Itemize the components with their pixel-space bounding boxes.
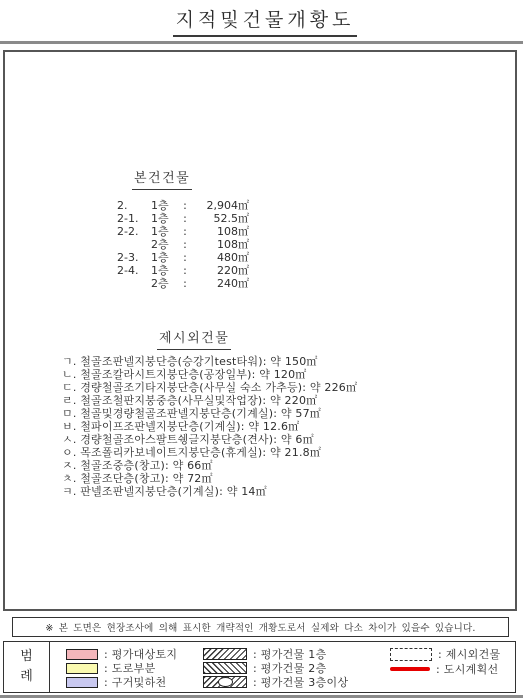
list-item: ㄱ. 철골조판넬지붕단층(승강기test타워): 약 150㎡ xyxy=(62,355,357,368)
row-floor: 1층 xyxy=(151,199,177,212)
list-item: ㄷ. 경량철골조기타지붕단층(사무실 숙소 가추등): 약 226㎡ xyxy=(62,381,357,394)
floor3plus-hatch-swatch xyxy=(203,676,247,688)
map-area: 본건건물 2. 1층 : 2,904㎡ 2-1. 1층 : 52.5㎡ xyxy=(3,50,517,611)
row-area: 2,904㎡ xyxy=(193,199,249,212)
legend-item-extra-building: : 제시외건물 xyxy=(390,648,500,660)
table-row: 2-4. 1층 : 220㎡ xyxy=(117,264,249,277)
row-area: 52.5㎡ xyxy=(193,212,249,225)
table-row: 2층 : 240㎡ xyxy=(117,277,249,290)
legend-item-road: : 도로부분 xyxy=(66,662,156,674)
row-area: 480㎡ xyxy=(193,251,249,264)
row-area: 220㎡ xyxy=(193,264,249,277)
list-item: ㄴ. 철골조칼라시트지붕단층(공장일부): 약 120㎡ xyxy=(62,368,357,381)
extra-building-heading: 제시외건물 xyxy=(157,327,231,350)
extra-building-list: ㄱ. 철골조판넬지붕단층(승강기test타워): 약 150㎡ ㄴ. 철골조칼라… xyxy=(62,355,357,498)
row-number xyxy=(117,277,151,290)
list-item: ㅇ. 목조폴리카보네이트지붕단층(휴게실): 약 21.8㎡ xyxy=(62,446,357,459)
note-text: ※ 본 도면은 현장조사에 의해 표시한 개략적인 개황도로서 실제와 다소 차… xyxy=(45,620,475,634)
legend-item-target-land: : 평가대상토지 xyxy=(66,648,177,660)
row-floor: 2층 xyxy=(151,238,177,251)
row-number xyxy=(117,238,151,251)
list-item: ㅊ. 철골조단층(창고): 약 72㎡ xyxy=(62,472,357,485)
legend-item-floor1: : 평가건물 1층 xyxy=(203,648,327,660)
legend-item-waterway: : 구거및하천 xyxy=(66,676,166,688)
row-number: 2-2. xyxy=(117,225,151,238)
bottom-divider xyxy=(0,695,523,698)
row-floor: 1층 xyxy=(151,251,177,264)
list-item: ㅂ. 철파이프조판넬지붕단층(기계실): 약 12.6㎡ xyxy=(62,420,357,433)
list-item: ㅋ. 판넬조판넬지붕단층(기계실): 약 14㎡ xyxy=(62,485,357,498)
row-area: 108㎡ xyxy=(193,225,249,238)
row-floor: 2층 xyxy=(151,277,177,290)
row-number: 2-4. xyxy=(117,264,151,277)
legend-item-floor3plus: : 평가건물 3층이상 xyxy=(203,676,348,688)
row-separator: : xyxy=(177,251,193,264)
row-number: 2. xyxy=(117,199,151,212)
table-row: 2-3. 1층 : 480㎡ xyxy=(117,251,249,264)
row-separator: : xyxy=(177,277,193,290)
table-row: 2-1. 1층 : 52.5㎡ xyxy=(117,212,249,225)
legend-label: : 제시외건물 xyxy=(438,646,500,662)
page-title: 지적및건물개황도 xyxy=(173,5,358,37)
row-floor: 1층 xyxy=(151,225,177,238)
page-title-row: 지적및건물개황도 xyxy=(0,5,530,37)
list-item: ㅈ. 철골조중층(창고): 약 66㎡ xyxy=(62,459,357,472)
legend-label: : 평가건물 3층이상 xyxy=(253,674,348,690)
cadastral-building-overview-document: 지적및건물개황도 본건건물 2. 1층 : 2,904㎡ 2-1. 1층 : 5… xyxy=(0,0,530,700)
legend: 범례 : 평가대상토지 : 도로부분 : 구거및하천 : 평가건물 1층 : 평… xyxy=(3,641,516,693)
table-row: 2-2. 1층 : 108㎡ xyxy=(117,225,249,238)
legend-label: : 도시계획선 xyxy=(436,661,498,677)
row-area: 108㎡ xyxy=(193,238,249,251)
legend-header-cell: 범례 xyxy=(4,642,50,692)
table-row: 2층 : 108㎡ xyxy=(117,238,249,251)
row-number: 2-3. xyxy=(117,251,151,264)
legend-item-city-plan-line: : 도시계획선 xyxy=(390,663,498,675)
row-area: 240㎡ xyxy=(193,277,249,290)
top-divider xyxy=(0,41,523,44)
subject-building-heading: 본건건물 xyxy=(132,167,192,190)
table-row: 2. 1층 : 2,904㎡ xyxy=(117,199,249,212)
extra-building-swatch xyxy=(390,648,432,661)
subject-building-table: 2. 1층 : 2,904㎡ 2-1. 1층 : 52.5㎡ 2-2. 1층 : xyxy=(117,199,249,290)
row-separator: : xyxy=(177,199,193,212)
row-number: 2-1. xyxy=(117,212,151,225)
floor1-hatch-swatch xyxy=(203,648,247,660)
legend-label: : 구거및하천 xyxy=(104,674,166,690)
circle-mark xyxy=(218,677,233,687)
row-separator: : xyxy=(177,264,193,277)
list-item: ㄹ. 철골조철판지붕중층(사무실및작업장): 약 220㎡ xyxy=(62,394,357,407)
floor2-hatch-swatch xyxy=(203,662,247,674)
row-floor: 1층 xyxy=(151,264,177,277)
row-separator: : xyxy=(177,225,193,238)
row-separator: : xyxy=(177,212,193,225)
note-box: ※ 본 도면은 현장조사에 의해 표시한 개략적인 개황도로서 실제와 다소 차… xyxy=(12,617,509,637)
waterway-swatch xyxy=(66,677,98,688)
legend-header-label: 범례 xyxy=(19,647,35,687)
list-item: ㅅ. 경량철골조아스팔트쉥글지붕단층(견사): 약 6㎡ xyxy=(62,433,357,446)
row-separator: : xyxy=(177,238,193,251)
road-swatch xyxy=(66,663,98,674)
target-land-swatch xyxy=(66,649,98,660)
legend-item-floor2: : 평가건물 2층 xyxy=(203,662,327,674)
list-item: ㅁ. 철골및경량철골조판넬지붕단층(기계실): 약 57㎡ xyxy=(62,407,357,420)
row-floor: 1층 xyxy=(151,212,177,225)
city-plan-line-swatch xyxy=(390,667,430,671)
